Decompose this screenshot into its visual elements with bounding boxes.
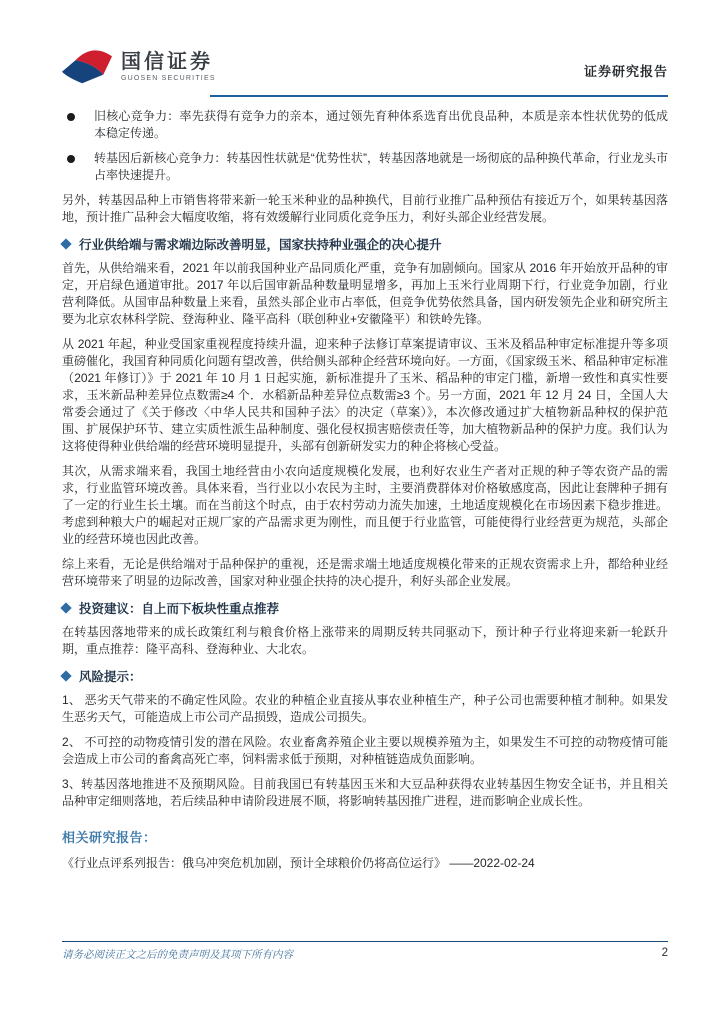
related-research-title: 相关研究报告： [62,827,668,846]
diamond-icon [60,602,71,613]
section-heading-text: 行业供给端与需求端边际改善明显，国家扶持种业强企的决心提升 [79,238,442,252]
report-page: 国信证券 GUOSEN SECURITIES 证券研究报告 旧核心竞争力：率先获… [0,0,724,1024]
page-footer: 请务必阅读正文之后的免责声明及其项下所有内容 2 [62,941,668,962]
section-heading-investment: 投资建议：自上而下板块性重点推荐 [62,601,668,618]
report-type-label: 证券研究报告 [584,61,668,80]
key-point-text: 转基因后新核心竞争力：转基因性状就是“优势性状”，转基因落地就是一场彻底的品种换… [94,150,668,184]
report-body: 旧核心竞争力：率先获得有竞争力的亲本，通过领先育种体系选育出优良品种，本质是亲本… [62,108,668,872]
paragraph-other: 另外，转基因品种上市销售将带来新一轮玉米种业的品种换代，目前行业推广品种预估有接… [62,192,668,226]
disclaimer-text: 请务必阅读正文之后的免责声明及其项下所有内容 [62,947,293,962]
key-point-item: 旧核心竞争力：率先获得有竞争力的亲本，通过领先育种体系选育出优良品种，本质是亲本… [62,108,668,142]
section-heading-risk: 风险提示： [62,669,668,686]
header-divider [210,95,668,97]
bullet-icon [67,113,75,121]
paragraph-summary: 综上来看，无论是供给端对于品种保护的重视，还是需求端土地适度规模化带来的正规农资… [62,556,668,590]
bullet-icon [67,155,75,163]
brand-logo: 国信证券 GUOSEN SECURITIES [62,47,216,85]
guosen-logo-icon [62,47,112,85]
key-point-text: 旧核心竞争力：率先获得有竞争力的亲本，通过领先育种体系选育出优良品种，本质是亲本… [94,108,668,142]
related-research-section: 相关研究报告： 《行业点评系列报告：俄乌冲突危机加剧，预计全球粮价仍将高位运行》… [62,827,668,872]
paragraph-supply-1: 首先，从供给端来看，2021 年以前我国种业产品同质化严重，竞争有加剧倾向。国家… [62,260,668,328]
key-point-item: 转基因后新核心竞争力：转基因性状就是“优势性状”，转基因落地就是一场彻底的品种换… [62,150,668,184]
paragraph-investment: 在转基因落地带来的成长政策红利与粮食价格上涨带来的周期反转共同驱动下，预计种子行… [62,624,668,658]
section-heading-industry: 行业供给端与需求端边际改善明显，国家扶持种业强企的决心提升 [62,237,668,254]
risk-item-3: 3、转基因落地推进不及预期风险。目前我国已有转基因玉米和大豆品种获得农业转基因生… [62,776,668,810]
paragraph-demand: 其次，从需求端来看，我国土地经营由小农向适度规模化发展，也利好农业生产者对正规的… [62,463,668,548]
risk-item-1: 1、 恶劣天气带来的不确定性风险。农业的种植企业直接从事农业种植生产，种子公司也… [62,692,668,726]
paragraph-supply-2: 从 2021 年起，种业受国家重视程度持续升温，迎来种子法修订草案提请审议、玉米… [62,336,668,455]
brand-name-en: GUOSEN SECURITIES [121,75,216,82]
risk-item-2: 2、 不可控的动物疫情引发的潜在风险。农业畜禽养殖企业主要以规模养殖为主，如果发… [62,734,668,768]
brand-text: 国信证券 GUOSEN SECURITIES [121,51,216,82]
section-heading-text: 风险提示： [79,670,142,684]
page-number: 2 [662,947,668,959]
related-report-link: 《行业点评系列报告：俄乌冲突危机加剧，预计全球粮价仍将高位运行》 ——2022-… [62,855,668,872]
page-header: 国信证券 GUOSEN SECURITIES 证券研究报告 [62,45,668,97]
diamond-icon [60,238,71,249]
brand-name-cn: 国信证券 [121,51,216,73]
section-heading-text: 投资建议：自上而下板块性重点推荐 [79,602,279,616]
diamond-icon [60,670,71,681]
